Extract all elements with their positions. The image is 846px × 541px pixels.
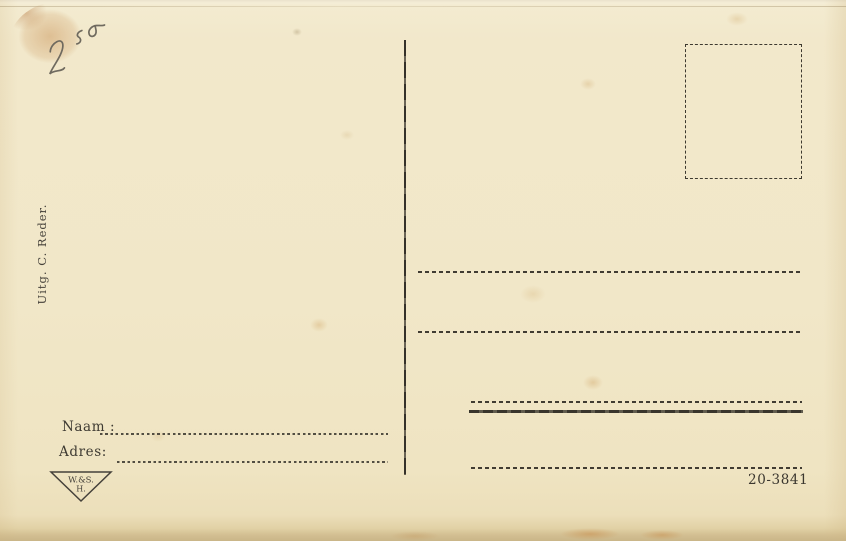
address-line bbox=[418, 271, 801, 273]
address-line bbox=[471, 401, 802, 403]
stain bbox=[560, 528, 620, 540]
stain bbox=[390, 531, 440, 541]
publisher-imprint: Uitg. C. Reder. bbox=[35, 204, 49, 305]
stain bbox=[583, 375, 603, 390]
postcard-back: Uitg. C. Reder. Naam : Adres: W.&S. H. 2… bbox=[0, 0, 846, 541]
address-line bbox=[471, 467, 802, 469]
printer-mark-line2: H. bbox=[76, 485, 86, 494]
address-underline bbox=[469, 410, 803, 413]
address-line bbox=[418, 331, 801, 333]
divider-line bbox=[404, 40, 406, 475]
stain bbox=[292, 28, 302, 36]
stain bbox=[150, 430, 166, 442]
printer-mark-logo: W.&S. H. bbox=[49, 470, 113, 504]
stain bbox=[726, 12, 748, 26]
stain bbox=[580, 78, 596, 90]
serial-number: 20-3841 bbox=[748, 472, 808, 488]
card-top-edge bbox=[0, 6, 846, 7]
stamp-box bbox=[685, 44, 802, 179]
stain bbox=[640, 530, 684, 540]
address-write-line bbox=[117, 461, 388, 463]
address-label: Adres: bbox=[59, 444, 107, 460]
stain bbox=[520, 285, 546, 303]
stain bbox=[340, 130, 354, 140]
name-write-line bbox=[100, 433, 388, 435]
handwritten-price bbox=[34, 14, 118, 80]
stain bbox=[310, 318, 328, 332]
